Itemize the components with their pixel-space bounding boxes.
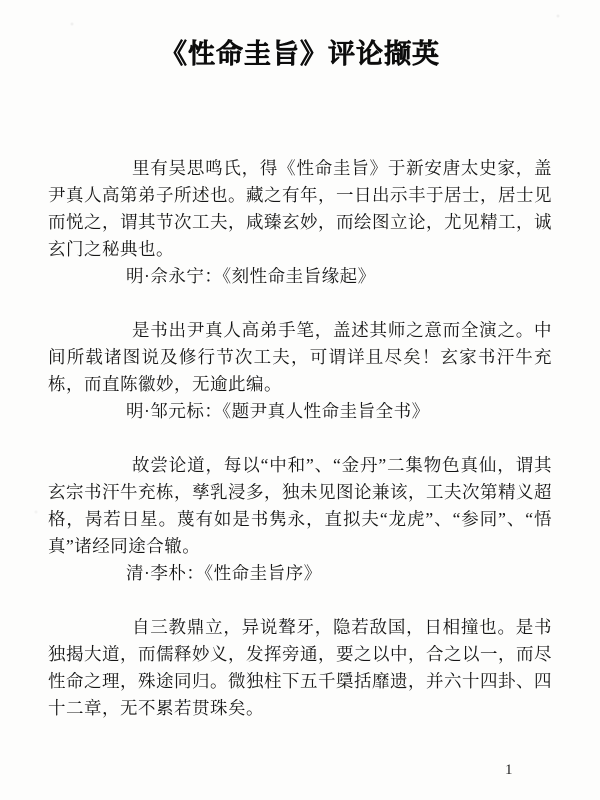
source-attribution-2: 明·邹元标：《题尹真人性命圭旨全书》 — [48, 398, 552, 425]
page-number: 1 — [505, 762, 513, 779]
paragraph-quote-2: 是书出尹真人高弟手笔，盖述其师之意而全演之。中间所载诸图说及修行节次工夫，可谓详… — [48, 317, 552, 398]
paragraph-quote-1: 里有吴思鸣氏，得《性命圭旨》于新安唐太史家，盖尹真人高第弟子所述也。藏之有年，一… — [48, 155, 552, 263]
page-title: 《性命圭旨》评论撷英 — [48, 32, 552, 71]
source-attribution-3: 清·李朴：《性命圭旨序》 — [48, 560, 552, 587]
scanned-book-page: 《性命圭旨》评论撷英 里有吴思鸣氏，得《性命圭旨》于新安唐太史家，盖尹真人高第弟… — [0, 0, 600, 800]
source-attribution-1: 明·佘永宁：《刻性命圭旨缘起》 — [48, 263, 552, 290]
paragraph-quote-4: 自三教鼎立，异说聱牙，隐若敌国，日相撞也。是书独揭大道，而儒释妙义，发挥旁通，要… — [48, 614, 552, 722]
paragraph-quote-3: 故尝论道，每以“中和”、“金丹”二集物色真仙，谓其玄宗书汗牛充栋，孳乳浸多，独未… — [48, 452, 552, 560]
